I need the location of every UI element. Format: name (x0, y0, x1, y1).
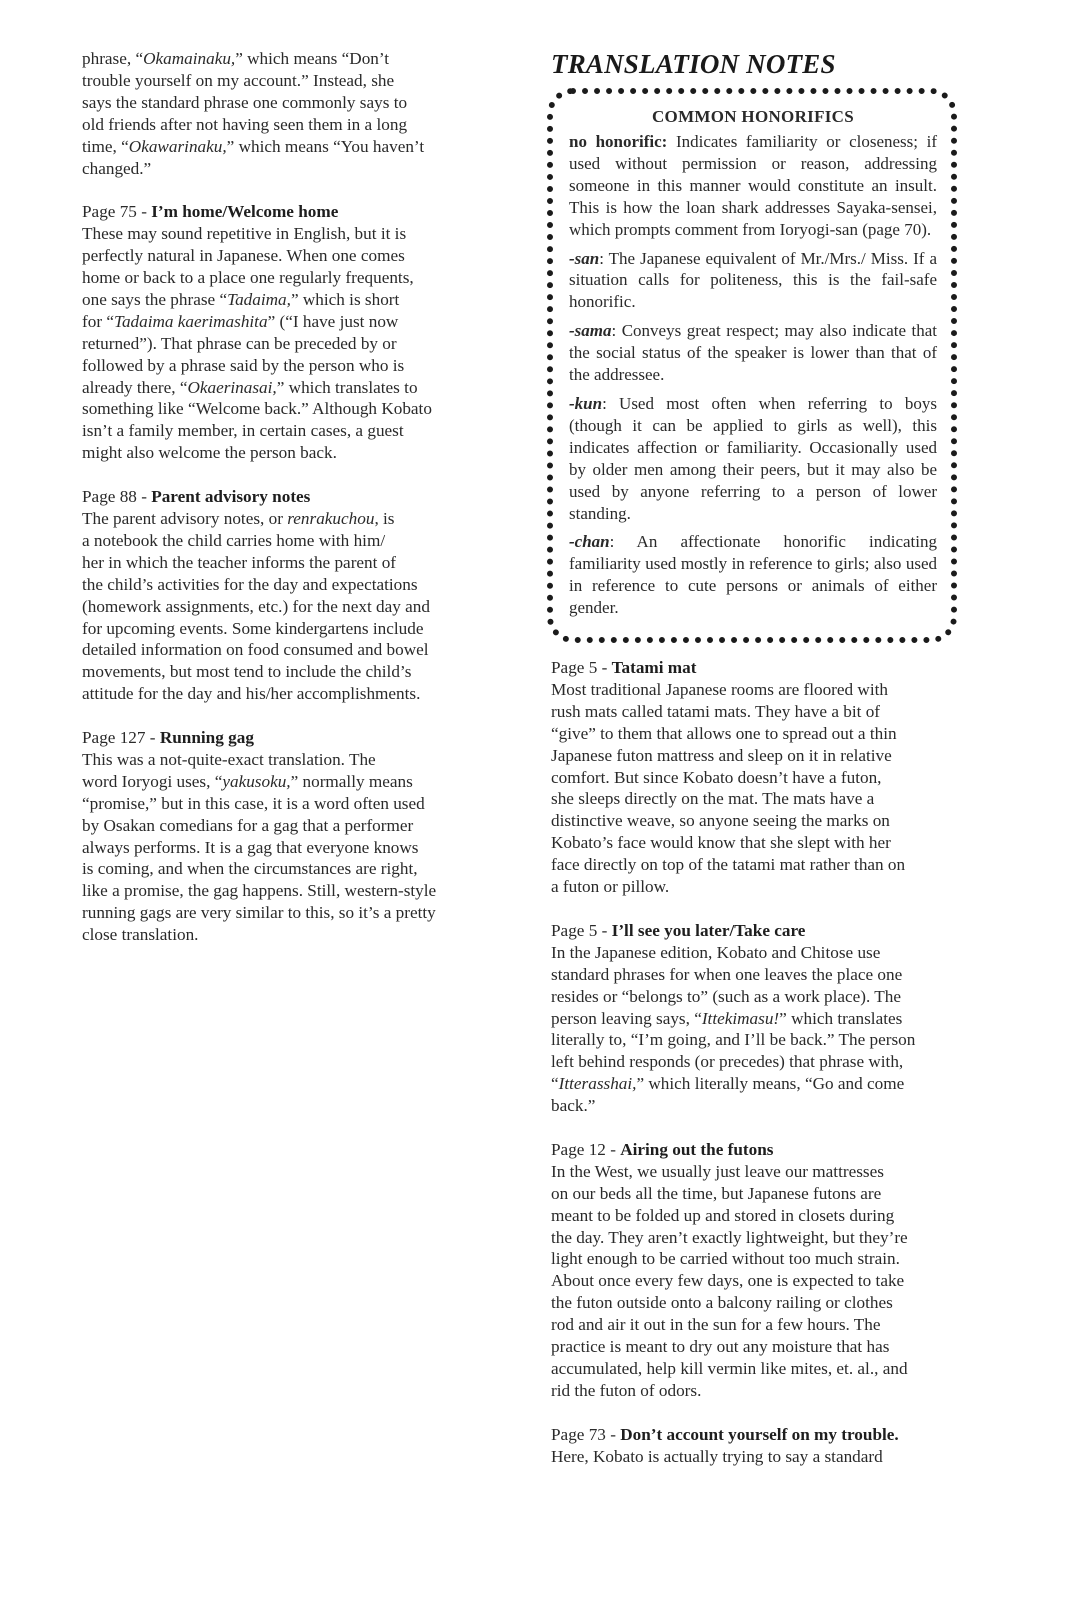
honorific-term: -san (569, 249, 599, 268)
note-title: Running gag (160, 728, 254, 747)
honorifics-box-title: COMMON HONORIFICS (569, 106, 937, 128)
note-title: Don’t account yourself on my trouble. (620, 1425, 899, 1444)
text-line: “Itterasshai,” which literally means, “G… (551, 1073, 971, 1095)
honorific-term: no honorific: (569, 132, 667, 151)
note-title: I’ll see you later/Take care (612, 921, 806, 940)
text-line: a futon or pillow. (551, 876, 971, 898)
text-line: “promise,” but in this case, it is a wor… (82, 793, 502, 815)
text-line: changed.” (82, 158, 502, 180)
note-heading: Page 75 - I’m home/Welcome home (82, 201, 502, 223)
text-line: home or back to a place one regularly fr… (82, 267, 502, 289)
text-line: Kobato’s face would know that she slept … (551, 832, 971, 854)
text-line: About once every few days, one is expect… (551, 1270, 971, 1292)
text-line: might also welcome the person back. (82, 442, 502, 464)
honorific-description: : The Japanese equivalent of Mr./Mrs./ M… (569, 249, 937, 312)
text-line: one says the phrase “Tadaima,” which is … (82, 289, 502, 311)
text-line: Here, Kobato is actually trying to say a… (551, 1446, 971, 1468)
text-line: is coming, and when the circumstances ar… (82, 858, 502, 880)
italic-term: Okawarinaku, (129, 137, 227, 156)
honorific-term: -chan (569, 532, 610, 551)
note-heading: Page 73 - Don’t account yourself on my t… (551, 1424, 971, 1446)
text-line: by Osakan comedians for a gag that a per… (82, 815, 502, 837)
text-line: old friends after not having seen them i… (82, 114, 502, 136)
note-title: Parent advisory notes (151, 487, 310, 506)
honorific-description: : An affectionate honorific indicating f… (569, 532, 937, 617)
text-line: word Ioryogi uses, “yakusoku,” normally … (82, 771, 502, 793)
text-line: a notebook the child carries home with h… (82, 530, 502, 552)
text-line: back.” (551, 1095, 971, 1117)
section-heading: TRANSLATION NOTES (551, 48, 971, 80)
note-body: This was a not-quite-exact translation. … (82, 749, 502, 946)
text-line: already there, “Okaerinasai,” which tran… (82, 377, 502, 399)
italic-term: Tadaima kaerimashita (114, 312, 268, 331)
text-line: accumulated, help kill vermin like mites… (551, 1358, 971, 1380)
text-line: comfort. But since Kobato doesn’t have a… (551, 767, 971, 789)
right-column: TRANSLATION NOTES COMMON HONORIFICS no h… (551, 48, 971, 1489)
italic-term: Okamainaku, (143, 49, 235, 68)
text-line: phrase, “Okamainaku,” which means “Don’t (82, 48, 502, 70)
text-line: practice is meant to dry out any moistur… (551, 1336, 971, 1358)
text-line: returned”). That phrase can be preceded … (82, 333, 502, 355)
note-heading: Page 88 - Parent advisory notes (82, 486, 502, 508)
text-line: light enough to be carried without too m… (551, 1248, 971, 1270)
honorific-term: -kun (569, 394, 602, 413)
text-line: “give” to them that allows one to spread… (551, 723, 971, 745)
italic-term: Tadaima, (227, 290, 291, 309)
note-heading: Page 5 - I’ll see you later/Take care (551, 920, 971, 942)
note-body: The parent advisory notes, or renrakucho… (82, 508, 502, 705)
text-line: on our beds all the time, but Japanese f… (551, 1183, 971, 1205)
honorific-item: -kun: Used most often when referring to … (569, 393, 937, 524)
text-line: detailed information on food consumed an… (82, 639, 502, 661)
note-page-ref: Page 75 - (82, 202, 151, 221)
note-body: Most traditional Japanese rooms are floo… (551, 679, 971, 898)
text-line: the child’s activities for the day and e… (82, 574, 502, 596)
text-line: rod and air it out in the sun for a few … (551, 1314, 971, 1336)
italic-term: Itterasshai, (559, 1074, 637, 1093)
text-line: the futon outside onto a balcony railing… (551, 1292, 971, 1314)
text-line: Most traditional Japanese rooms are floo… (551, 679, 971, 701)
note-title: I’m home/Welcome home (151, 202, 338, 221)
text-line: meant to be folded up and stored in clos… (551, 1205, 971, 1227)
honorific-description: : Used most often when referring to boys… (569, 394, 937, 523)
note-body: In the Japanese edition, Kobato and Chit… (551, 942, 971, 1117)
text-line: followed by a phrase said by the person … (82, 355, 502, 377)
text-line: running gags are very similar to this, s… (82, 902, 502, 924)
text-line: close translation. (82, 924, 502, 946)
continued-text: phrase, “Okamainaku,” which means “Don’t… (82, 48, 502, 179)
italic-term: Okaerinasai, (187, 378, 276, 397)
text-line: The parent advisory notes, or renrakucho… (82, 508, 502, 530)
text-line: person leaving says, “Ittekimasu!” which… (551, 1008, 971, 1030)
note-page-ref: Page 88 - (82, 487, 151, 506)
text-line: for upcoming events. Some kindergartens … (82, 618, 502, 640)
note-page-ref: Page 127 - (82, 728, 160, 747)
text-line: attitude for the day and his/her accompl… (82, 683, 502, 705)
text-line: In the Japanese edition, Kobato and Chit… (551, 942, 971, 964)
honorifics-box: COMMON HONORIFICS no honorific: Indicate… (547, 88, 957, 643)
note-entry: Page 88 - Parent advisory notes The pare… (82, 486, 502, 705)
text-line: perfectly natural in Japanese. When one … (82, 245, 502, 267)
text-line: she sleeps directly on the mat. The mats… (551, 788, 971, 810)
text-line: isn’t a family member, in certain cases,… (82, 420, 502, 442)
note-body: Here, Kobato is actually trying to say a… (551, 1446, 971, 1468)
note-entry: Page 75 - I’m home/Welcome home These ma… (82, 201, 502, 464)
note-entry: Page 73 - Don’t account yourself on my t… (551, 1424, 971, 1468)
honorific-item: -sama: Conveys great respect; may also i… (569, 320, 937, 386)
text-line: like a promise, the gag happens. Still, … (82, 880, 502, 902)
honorific-item: no honorific: Indicates familiarity or c… (569, 131, 937, 241)
note-entry: Page 12 - Airing out the futons In the W… (551, 1139, 971, 1402)
text-line: (homework assignments, etc.) for the nex… (82, 596, 502, 618)
text-line: literally to, “I’m going, and I’ll be ba… (551, 1029, 971, 1051)
italic-term: yakusoku, (222, 772, 290, 791)
note-page-ref: Page 5 - (551, 921, 612, 940)
text-line: face directly on top of the tatami mat r… (551, 854, 971, 876)
note-page-ref: Page 12 - (551, 1140, 620, 1159)
text-line: time, “Okawarinaku,” which means “You ha… (82, 136, 502, 158)
text-line: These may sound repetitive in English, b… (82, 223, 502, 245)
note-heading: Page 12 - Airing out the futons (551, 1139, 971, 1161)
text-line: This was a not-quite-exact translation. … (82, 749, 502, 771)
text-line: distinctive weave, so anyone seeing the … (551, 810, 971, 832)
note-body: In the West, we usually just leave our m… (551, 1161, 971, 1402)
text-line: resides or “belongs to” (such as a work … (551, 986, 971, 1008)
honorific-item: -san: The Japanese equivalent of Mr./Mrs… (569, 248, 937, 314)
left-column: phrase, “Okamainaku,” which means “Don’t… (82, 48, 502, 968)
honorific-description: : Conveys great respect; may also indica… (569, 321, 937, 384)
honorific-item: -chan: An affectionate honorific indicat… (569, 531, 937, 619)
text-line: rush mats called tatami mats. They have … (551, 701, 971, 723)
text-line: the day. They aren’t exactly lightweight… (551, 1227, 971, 1249)
honorific-term: -sama (569, 321, 612, 340)
note-heading: Page 5 - Tatami mat (551, 657, 971, 679)
text-line: In the West, we usually just leave our m… (551, 1161, 971, 1183)
note-page-ref: Page 5 - (551, 658, 612, 677)
continued-paragraph: phrase, “Okamainaku,” which means “Don’t… (82, 48, 502, 179)
text-line: rid the futon of odors. (551, 1380, 971, 1402)
note-entry: Page 5 - Tatami mat Most traditional Jap… (551, 657, 971, 898)
note-page-ref: Page 73 - (551, 1425, 620, 1444)
text-line: for “Tadaima kaerimashita” (“I have just… (82, 311, 502, 333)
note-heading: Page 127 - Running gag (82, 727, 502, 749)
text-line: movements, but most tend to include the … (82, 661, 502, 683)
text-line: something like “Welcome back.” Although … (82, 398, 502, 420)
note-title: Tatami mat (612, 658, 697, 677)
note-entry: Page 127 - Running gag This was a not-qu… (82, 727, 502, 946)
note-entry: Page 5 - I’ll see you later/Take care In… (551, 920, 971, 1117)
text-line: always performs. It is a gag that everyo… (82, 837, 502, 859)
text-line: left behind responds (or precedes) that … (551, 1051, 971, 1073)
text-line: trouble yourself on my account.” Instead… (82, 70, 502, 92)
note-body: These may sound repetitive in English, b… (82, 223, 502, 464)
note-title: Airing out the futons (620, 1140, 773, 1159)
text-line: standard phrases for when one leaves the… (551, 964, 971, 986)
italic-term: Ittekimasu! (702, 1009, 779, 1028)
text-line: says the standard phrase one commonly sa… (82, 92, 502, 114)
italic-term: renrakuchou (287, 509, 374, 528)
text-line: Japanese futon mattress and sleep on it … (551, 745, 971, 767)
text-line: her in which the teacher informs the par… (82, 552, 502, 574)
